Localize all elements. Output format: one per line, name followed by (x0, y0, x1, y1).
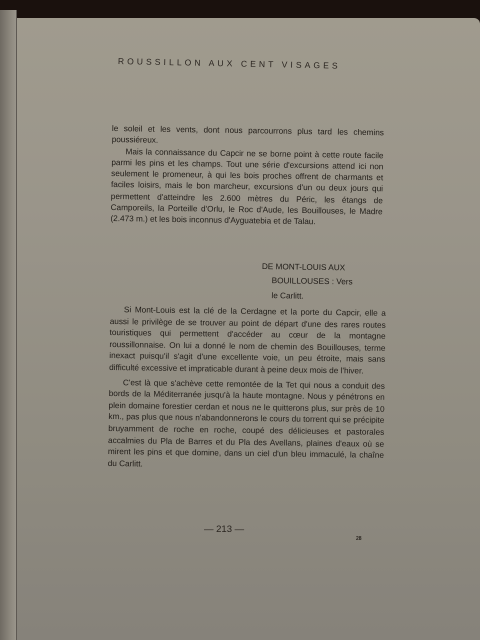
paragraph: Mais la connaissance du Capcir ne se bor… (110, 146, 383, 229)
paragraph: C'est là que s'achève cette remontée de … (108, 377, 385, 474)
section1-text: le soleil et les vents, dont nous parcou… (110, 123, 384, 229)
section-subheading: DE MONT-LOUIS AUX BOUILLOUSES : Vers le … (261, 260, 382, 305)
section2-text: Si Mont-Louis est la clé de la Cerdagne … (108, 304, 386, 473)
subheading-line: BOUILLOUSES : Vers (262, 274, 382, 290)
facing-page-edge (0, 10, 17, 640)
page-number: — 213 — (204, 524, 244, 535)
signature-mark: 28 (356, 536, 362, 542)
subheading-line: le Carlitt. (261, 289, 381, 305)
paragraph: Si Mont-Louis est la clé de la Cerdagne … (109, 304, 386, 377)
